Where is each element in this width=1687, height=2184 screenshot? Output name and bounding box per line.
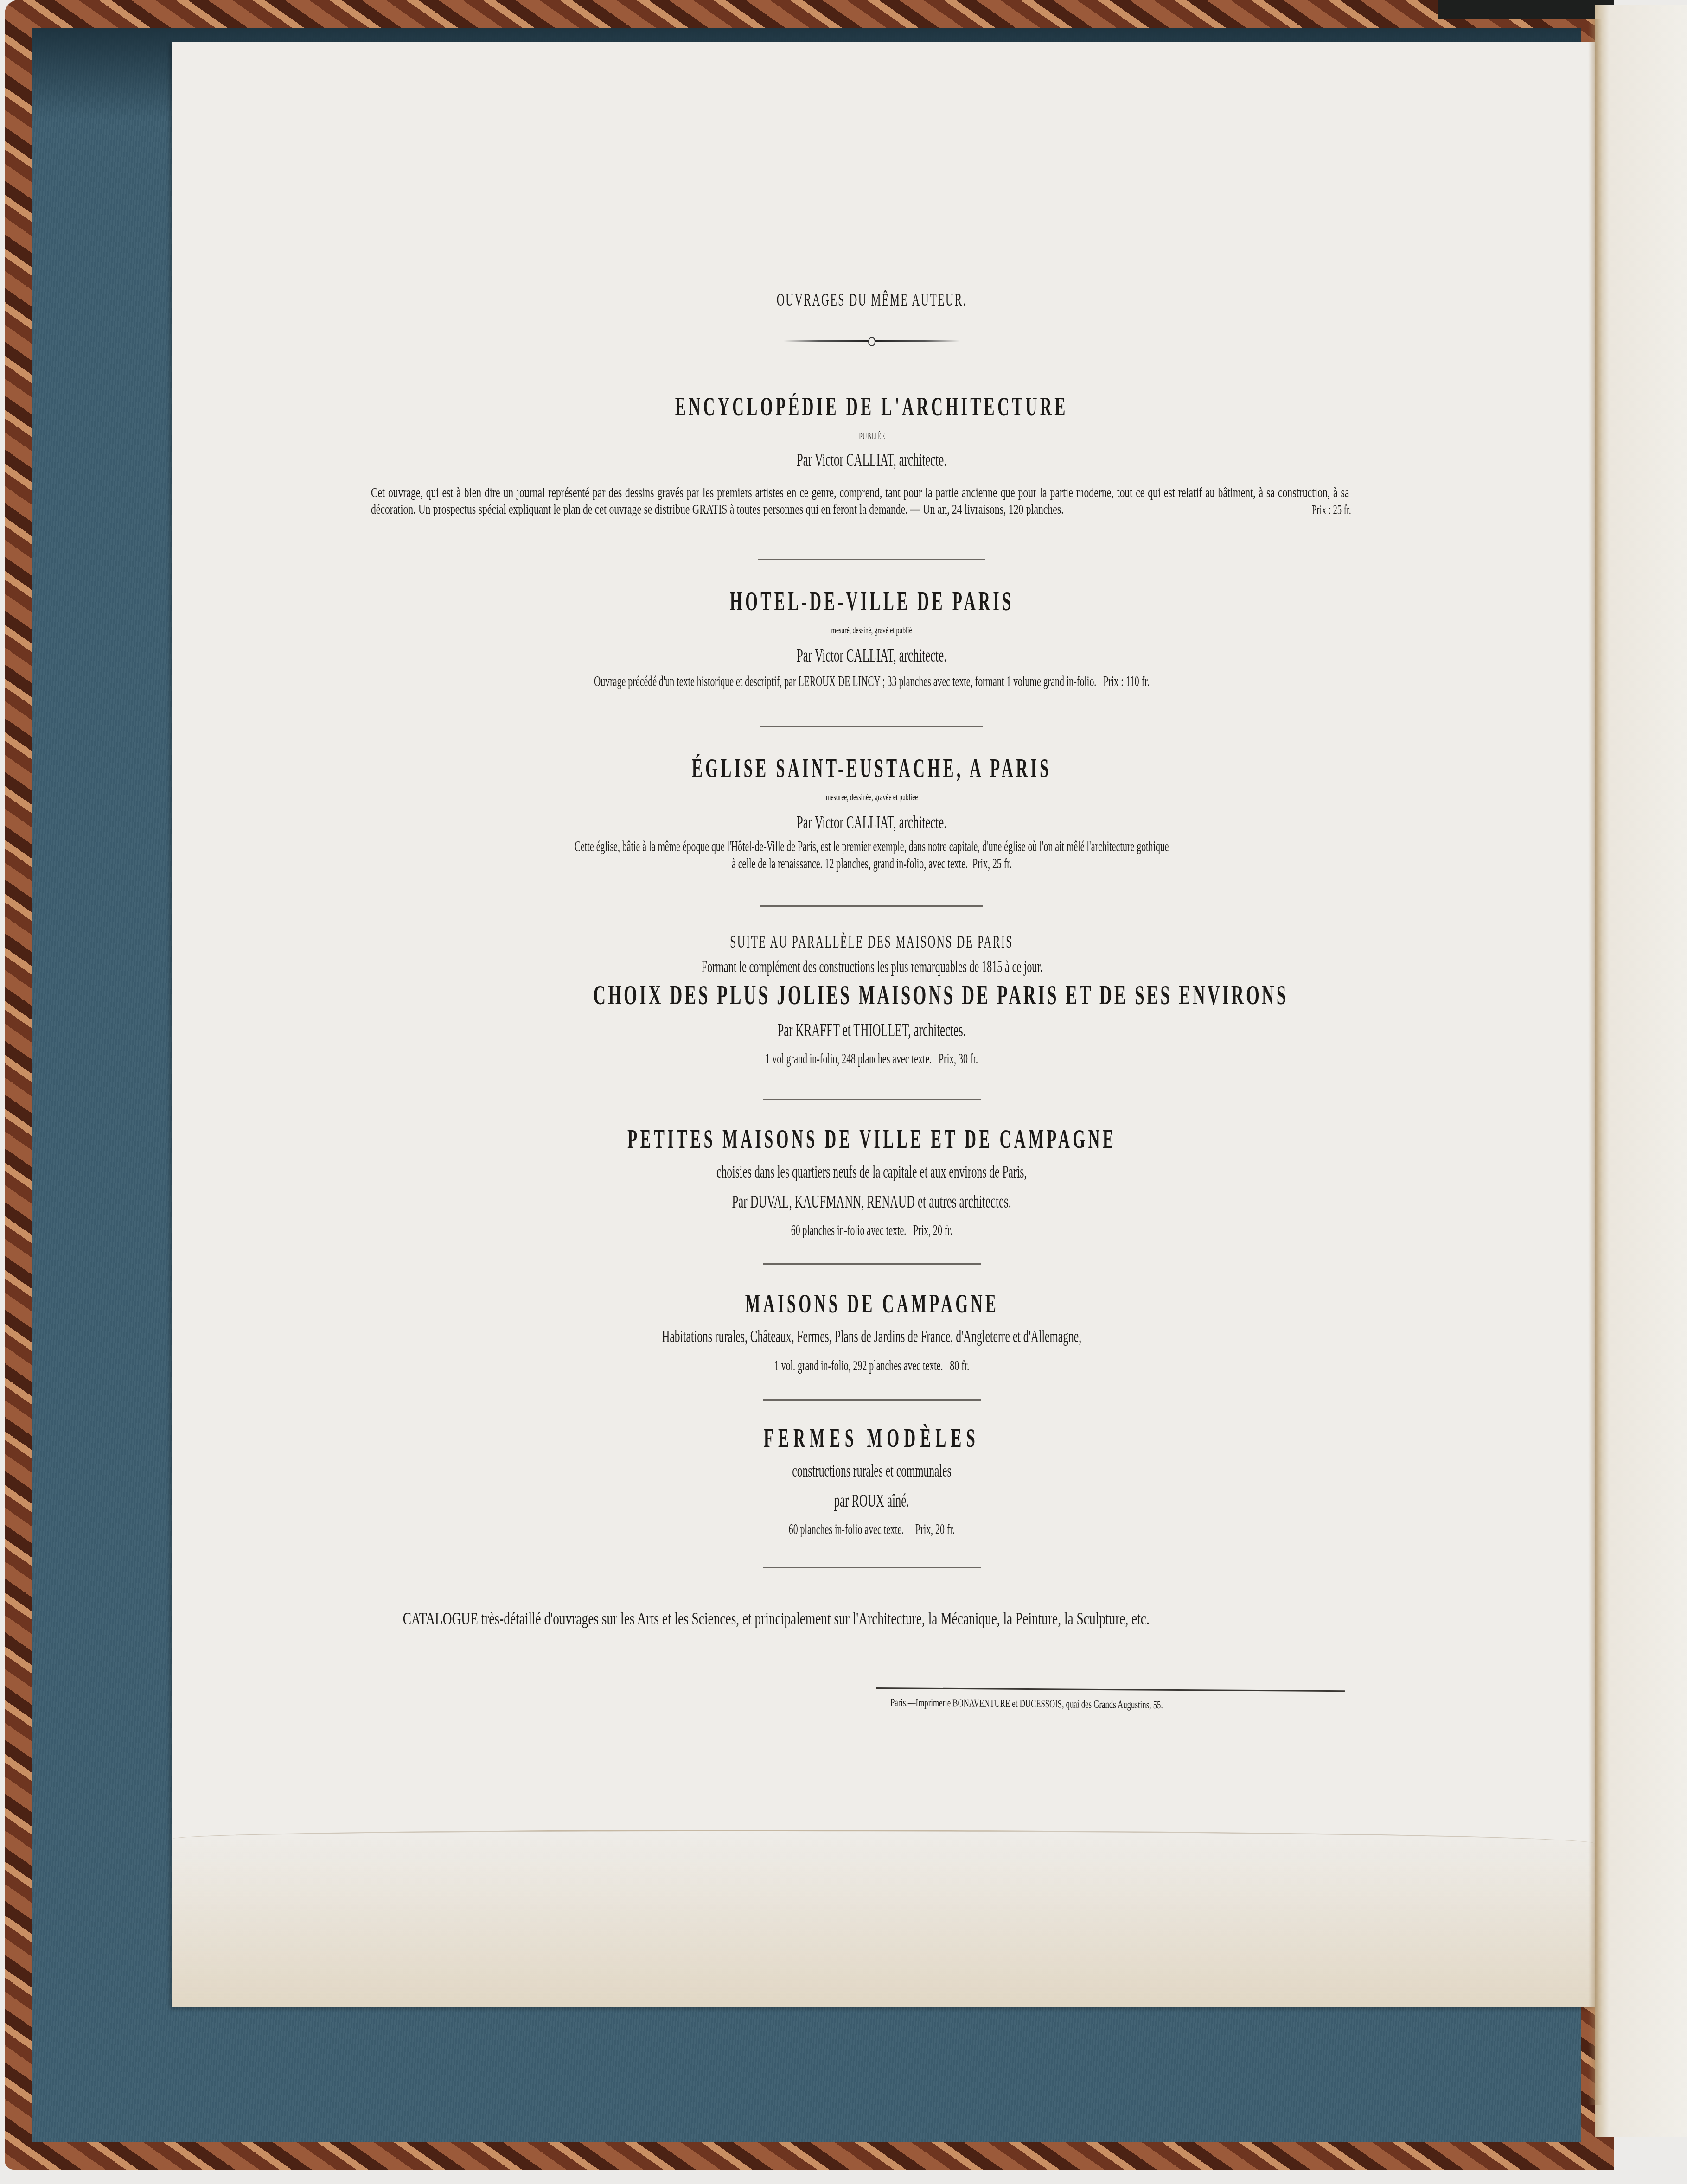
separator (763, 1567, 981, 1568)
water-stain (172, 1830, 1595, 2007)
separator (763, 1399, 981, 1401)
separator (763, 1263, 981, 1265)
work-maisons-campagne: MAISONS DE CAMPAGNE Habitations rurales,… (380, 1291, 1363, 1374)
work-byline: Par Victor CALLIAT, architecte. (797, 811, 946, 833)
work-title: ENCYCLOPÉDIE DE L'ARCHITECTURE (675, 394, 1068, 420)
imprint-text: Paris.—Imprimerie BONAVENTURE et DUCESSO… (890, 1697, 1163, 1712)
work-subtitle: mesuré, dessiné, gravé et publié (831, 624, 912, 636)
ornament-divider (380, 336, 1363, 345)
separator (760, 726, 983, 727)
facing-page (1595, 5, 1687, 2137)
work-description-line1: Cette église, bâtie à la même époque que… (575, 838, 1169, 855)
work-subtitle: choisies dans les quartiers neufs de la … (716, 1162, 1027, 1182)
header: OUVRAGES DU MÊME AUTEUR. (380, 290, 1363, 310)
page-title: OUVRAGES DU MÊME AUTEUR. (777, 290, 967, 310)
work-subtitle: PUBLIÉE (859, 430, 885, 442)
work-description: Cet ouvrage, qui est à bien dire un jour… (371, 484, 1349, 518)
work-title: MAISONS DE CAMPAGNE (745, 1291, 998, 1317)
catalogue-note: CATALOGUE très-détaillé d'ouvrages sur l… (390, 1609, 1387, 1630)
work-price: Prix, 30 fr. (939, 1050, 978, 1067)
ornament-icon (784, 336, 960, 345)
work-encyclopedie: ENCYCLOPÉDIE DE L'ARCHITECTURE PUBLIÉE P… (380, 394, 1363, 471)
work-title: ÉGLISE SAINT-EUSTACHE, A PARIS (692, 756, 1052, 782)
work-fermes-modeles: FERMES MODÈLES constructions rurales et … (380, 1426, 1363, 1538)
work-saint-eustache: ÉGLISE SAINT-EUSTACHE, A PARIS mesurée, … (380, 756, 1363, 872)
work-hotel-de-ville: HOTEL-DE-VILLE DE PARIS mesuré, dessiné,… (380, 589, 1363, 690)
work-byline: Par KRAFFT et THIOLLET, architectes. (778, 1019, 966, 1041)
work-description: 1 vol. grand in-folio, 292 planches avec… (774, 1357, 969, 1374)
imprint: Paris.—Imprimerie BONAVENTURE et DUCESSO… (890, 1697, 1345, 1709)
catalogue-text: CATALOGUE très-détaillé d'ouvrages sur l… (390, 1609, 1368, 1630)
spine-dark-edge (1438, 0, 1614, 19)
work-price: Prix, 20 fr. (913, 1222, 952, 1238)
work-title: PETITES MAISONS DE VILLE ET DE CAMPAGNE (627, 1127, 1116, 1152)
work-choix-maisons: SUITE AU PARALLÈLE DES MAISONS DE PARIS … (380, 932, 1363, 1067)
work-pretitle-sub: Formant le complément des constructions … (701, 957, 1042, 976)
work-byline: Par DUVAL, KAUFMANN, RENAUD et autres ar… (732, 1191, 1011, 1212)
work-title: HOTEL-DE-VILLE DE PARIS (730, 589, 1014, 615)
work-subtitle: constructions rurales et communales (792, 1461, 951, 1481)
work-pretitle: SUITE AU PARALLÈLE DES MAISONS DE PARIS (730, 932, 1014, 952)
work-byline: Par Victor CALLIAT, architecte. (797, 449, 946, 471)
work-price: Prix : 25 fr. (1312, 502, 1351, 518)
work-description: 60 planches in-folio avec texte. Prix, 2… (789, 1521, 955, 1538)
work-petites-maisons: PETITES MAISONS DE VILLE ET DE CAMPAGNE … (380, 1127, 1363, 1239)
work-subtitle: Habitations rurales, Châteaux, Fermes, P… (662, 1326, 1082, 1347)
work-price: 80 fr. (950, 1357, 969, 1374)
work-description: 1 vol grand in-folio, 248 planches avec … (766, 1050, 978, 1067)
separator (763, 1099, 981, 1100)
work-subtitle: mesurée, dessinée, gravée et publiée (826, 791, 918, 803)
work-price: Prix, 20 fr. (915, 1521, 955, 1537)
work-price: Prix : 110 fr. (1103, 673, 1150, 689)
book-gutter (1588, 19, 1602, 2105)
work-price: Prix, 25 fr. (972, 855, 1012, 872)
separator (760, 905, 983, 907)
work-description: 60 planches in-folio avec texte. Prix, 2… (791, 1222, 952, 1239)
work-description-line2: à celle de la renaissance. 12 planches, … (732, 855, 1012, 872)
work-title: CHOIX DES PLUS JOLIES MAISONS DE PARIS E… (593, 981, 1288, 1009)
work-description: Ouvrage précédé d'un texte historique et… (594, 673, 1150, 690)
work-title: FERMES MODÈLES (764, 1426, 980, 1452)
separator (758, 559, 985, 560)
work-byline: par ROUX aîné. (834, 1490, 909, 1511)
work-byline: Par Victor CALLIAT, architecte. (797, 644, 946, 666)
work-encyclopedie-description: Cet ouvrage, qui est à bien dire un jour… (371, 484, 1363, 518)
